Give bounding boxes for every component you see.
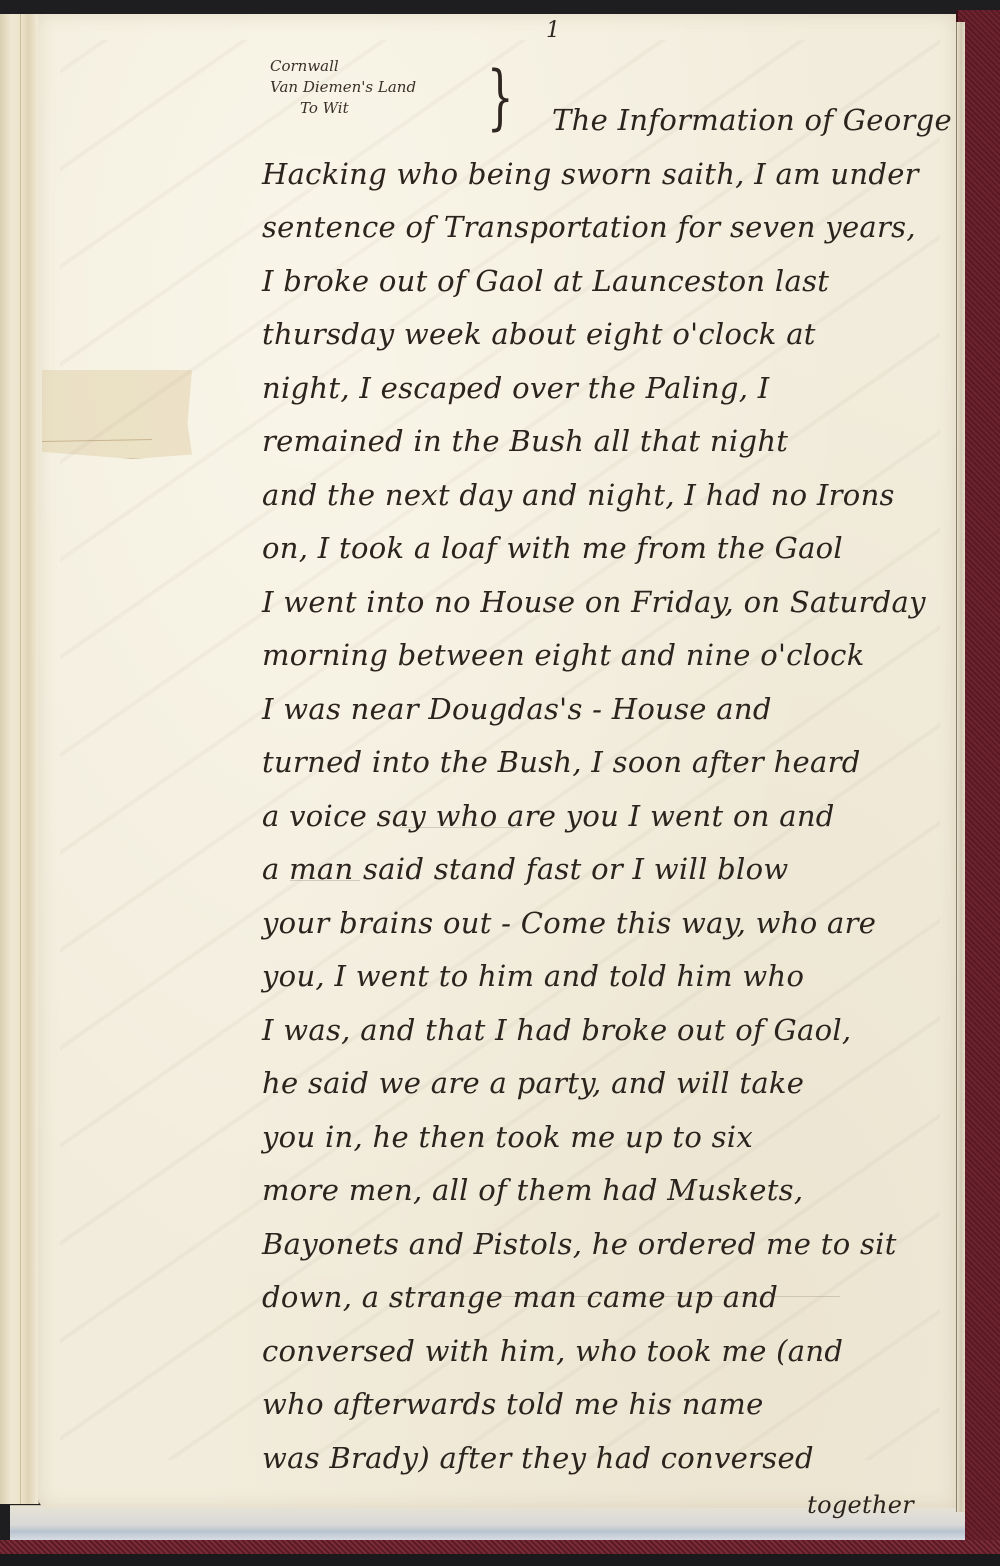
text-line: I was near Dougdas's - House and	[262, 683, 962, 737]
text-line: you, I went to him and told him who	[262, 950, 962, 1004]
text-line: remained in the Bush all that night	[262, 415, 962, 469]
text-line: a voice say who are you I went on and	[262, 790, 962, 844]
text-line: and the next day and night, I had no Iro…	[262, 469, 962, 523]
text-line: The Information of George	[262, 94, 962, 148]
heading-line-county: Cornwall	[270, 56, 445, 77]
text-line: more men, all of them had Muskets,	[262, 1164, 962, 1218]
gutter-fold-line	[20, 14, 21, 1504]
text-line: Bayonets and Pistols, he ordered me to s…	[262, 1218, 962, 1272]
text-line: I broke out of Gaol at Launceston last	[262, 255, 962, 309]
text-line: your brains out - Come this way, who are	[262, 897, 962, 951]
book-cover-bottom-edge	[0, 1540, 1000, 1554]
catchword: together	[262, 1485, 962, 1525]
text-line: a man said stand fast or I will blow	[262, 843, 962, 897]
deposition-text: The Information of George Hacking who be…	[262, 94, 962, 1525]
text-line: I was, and that I had broke out of Gaol,	[262, 1004, 962, 1058]
text-line: on, I took a loaf with me from the Gaol	[262, 522, 962, 576]
text-line: who afterwards told me his name	[262, 1378, 962, 1432]
folio-number: 1	[546, 18, 560, 43]
text-line: conversed with him, who took me (and	[262, 1325, 962, 1379]
text-line: Hacking who being sworn saith, I am unde…	[262, 148, 962, 202]
text-line: I went into no House on Friday, on Satur…	[262, 576, 962, 630]
text-line: turned into the Bush, I soon after heard	[262, 736, 962, 790]
text-line: was Brady) after they had conversed	[262, 1432, 962, 1486]
text-line: sentence of Transportation for seven yea…	[262, 201, 962, 255]
scan-background-strip	[0, 1554, 1000, 1566]
text-line: thursday week about eight o'clock at	[262, 308, 962, 362]
text-line: night, I escaped over the Paling, I	[262, 362, 962, 416]
text-line: down, a strange man came up and	[262, 1271, 962, 1325]
text-line: you in, he then took me up to six	[262, 1111, 962, 1165]
text-line: he said we are a party, and will take	[262, 1057, 962, 1111]
text-line: morning between eight and nine o'clock	[262, 629, 962, 683]
paper-repair-patch	[42, 370, 192, 459]
manuscript-scan: 1 Cornwall Van Diemen's Land To Wit } Th…	[0, 0, 1000, 1566]
